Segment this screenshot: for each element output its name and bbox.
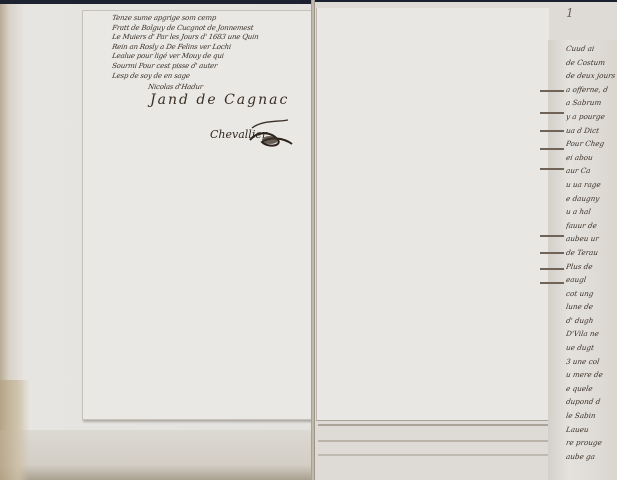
handwritten-letter: Tenze sume apgrige som cemp Fratt de Bol…	[112, 14, 312, 93]
letter-line: Rein an Rosly a De Felins ver Lochi	[111, 43, 312, 53]
signature-main: Jand de Cagnac	[150, 92, 289, 108]
margin-line: u a hal	[566, 205, 616, 219]
margin-line: D'Vila ne	[566, 327, 616, 341]
margin-line: u ua rage	[566, 178, 616, 192]
letter-line: Fratt de Bolguy de Cucgnot de Jonnemest	[111, 24, 312, 34]
margin-line: aur Ca	[566, 164, 616, 178]
margin-line: re prouge	[566, 436, 616, 450]
margin-line: eaugl	[566, 273, 616, 287]
tab-line	[540, 112, 564, 114]
paper-stain	[0, 380, 30, 480]
margin-line: u mere de	[566, 368, 616, 382]
margin-line: aube ga	[566, 450, 616, 464]
margin-line: ua d Dict	[566, 124, 616, 138]
page-corner-mark: 1	[566, 6, 574, 20]
letter-line: Le Muiers d' Par les Jours d' 1683 une Q…	[111, 33, 312, 43]
tab-line	[540, 252, 564, 254]
tab-line	[540, 282, 564, 284]
margin-line: ue dugt	[566, 341, 616, 355]
tab-line	[540, 268, 564, 270]
margin-line: cot ung	[566, 287, 616, 301]
letter-line: Sourmi Pour cest pisse d' auter	[111, 62, 312, 72]
margin-line: Pour Cheg	[566, 137, 616, 151]
letter-line: Tenze sume apgrige som cemp	[111, 14, 312, 24]
front-sheet-right	[316, 8, 549, 421]
margin-line: le Sabin	[566, 409, 616, 423]
margin-line: a offerne, d	[566, 83, 616, 97]
margin-line: y a pourge	[566, 110, 616, 124]
paper-edge	[318, 424, 568, 426]
margin-line: Plus de	[566, 260, 616, 274]
margin-line: d' dugh	[566, 314, 616, 328]
letter-line: Lesp de soy de en sage	[111, 72, 312, 82]
paper-edge	[318, 454, 558, 456]
signature-flourish-icon	[248, 118, 294, 154]
margin-line: de Costum	[566, 56, 616, 70]
margin-line: fauur de	[566, 219, 616, 233]
margin-column-text: Cuud ai de Costum de deux jours a offern…	[566, 42, 616, 463]
margin-line: lune de	[566, 300, 616, 314]
margin-line: aubeu ur	[566, 232, 616, 246]
margin-line: e quele	[566, 382, 616, 396]
margin-line: de Terau	[566, 246, 616, 260]
margin-line: dupond d	[566, 395, 616, 409]
margin-line: de deux jours	[566, 69, 616, 83]
binding-gutter	[311, 0, 315, 480]
base-sheet-bottom-edge	[0, 430, 312, 480]
margin-line: e daugny	[566, 192, 616, 206]
letter-line: Lealue pour ligé ver Mouy de qui	[111, 52, 312, 62]
margin-line: Cuud ai	[566, 42, 616, 56]
margin-line: a Sabrum	[566, 96, 616, 110]
tab-line	[540, 90, 564, 92]
tab-line	[540, 148, 564, 150]
tab-line	[540, 168, 564, 170]
margin-line: ei abou	[566, 151, 616, 165]
margin-line: 3 une col	[566, 355, 616, 369]
margin-line: Laueu	[566, 423, 616, 437]
tab-line	[540, 130, 564, 132]
tab-line	[540, 235, 564, 237]
